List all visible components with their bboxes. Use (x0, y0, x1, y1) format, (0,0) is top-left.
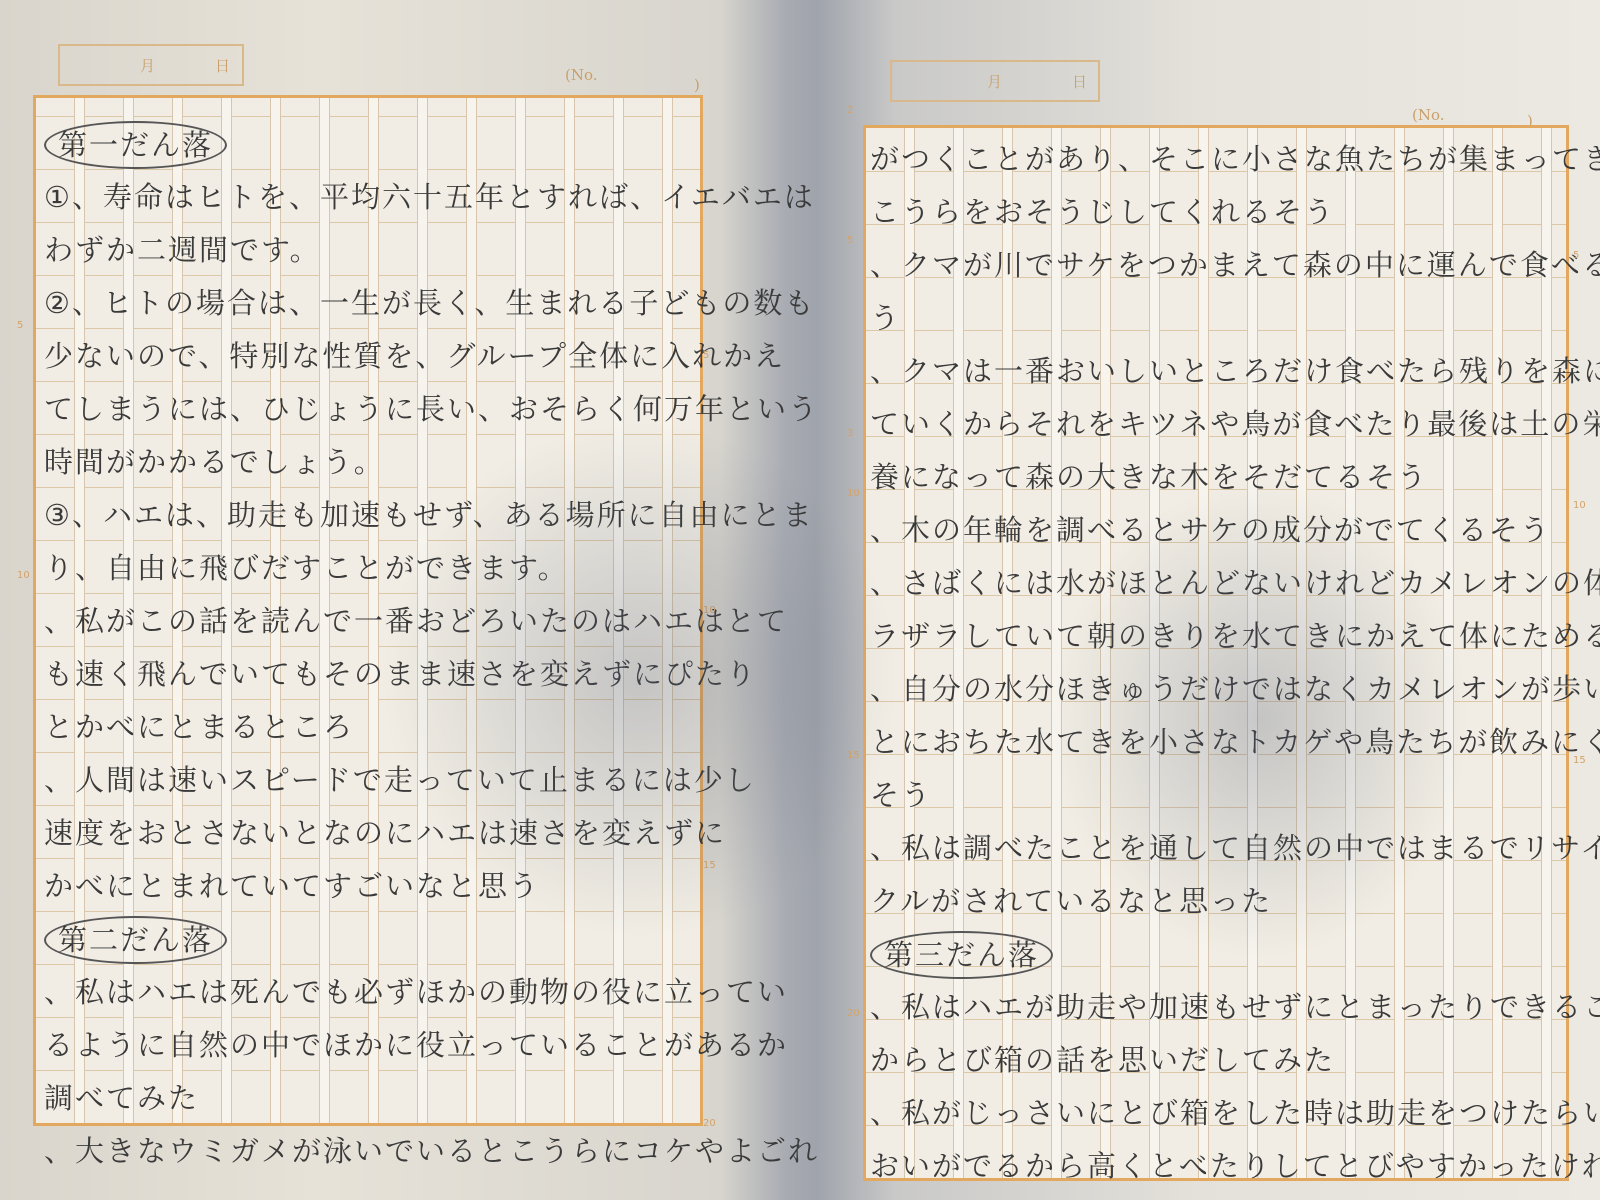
right-page: 月 日 (No. ) がつくことがあり、そこに小さな魚たちが集まってきてこうらを… (815, 0, 1600, 1200)
text-line: 、人間は速いスピードで走っていて止まるには少し (44, 754, 700, 807)
line-count-marker: 20 (703, 1118, 716, 1129)
date-box: 月 日 (58, 44, 244, 86)
line-count-marker: 3 (847, 428, 853, 439)
text-line: 、クマは一番おいしいところだけ食べたら残りを森においる (870, 345, 1566, 398)
line-text: 、木の年輪を調べるとサケの成分がでてくるそう (870, 513, 1551, 547)
line-text: 、さばくには水がほとんどないけれどカメレオンの体はザ (870, 566, 1600, 600)
line-text: クルがされているなと思った (870, 884, 1272, 918)
line-text: 調べてみた (44, 1081, 199, 1115)
text-line: るように自然の中でほかに役立っていることがあるか (44, 1019, 700, 1072)
text-line: う (870, 292, 1566, 345)
page-number-label: (No. (1412, 106, 1445, 124)
line-text: 養になって森の大きな木をそだてるそう (870, 460, 1428, 494)
text-line: 少ないので、特別な性質を、グループ全体に入れかえ (44, 330, 700, 383)
section-heading-row: 第一だん落 (44, 118, 700, 171)
line-text: 速度をおとさないとなのにハエは速さを変えずに (44, 816, 726, 850)
line-text: とかべにとまるところ (44, 710, 354, 744)
line-text: かべにとまれていてすごいなと思う (44, 869, 540, 903)
text-line: かべにとまれていてすごいなと思う (44, 860, 700, 913)
section-heading-row: 第三だん落 (870, 928, 1566, 981)
manuscript-grid: がつくことがあり、そこに小さな魚たちが集まってきてこうらをおそうじしてくれるそう… (863, 125, 1569, 1181)
text-line: わずか二週間です。 (44, 224, 700, 277)
text-line: こうらをおそうじしてくれるそう (870, 186, 1566, 239)
line-count-marker: 10 (703, 605, 716, 616)
line-text: 、私は調べたことを通して自然の中ではまるでリサイ (870, 831, 1600, 865)
line-text: 、大きなウミガメが泳いでいるとこうらにコケやよごれ (44, 1134, 819, 1168)
line-text: り、自由に飛びだすことができます。 (44, 551, 569, 585)
text-line: り、自由に飛びだすことができます。 (44, 542, 700, 595)
line-count-marker: 10 (1573, 500, 1586, 511)
text-line: 、木の年輪を調べるとサケの成分がでてくるそう (870, 504, 1566, 557)
text-line: 調べてみた (44, 1072, 700, 1125)
line-text: とにおちた水てきを小さなトカゲや鳥たちが飲みにくる (870, 725, 1600, 759)
line-text: ラザラしていて朝のきりを水てきにかえて体にためる (870, 619, 1600, 653)
line-text: わずか二週間です。 (44, 233, 321, 267)
text-line: とにおちた水てきを小さなトカゲや鳥たちが飲みにくる (870, 716, 1566, 769)
line-count-marker: 15 (703, 860, 716, 871)
section-heading: 第一だん落 (44, 121, 227, 169)
handwritten-text: がつくことがあり、そこに小さな魚たちが集まってきてこうらをおそうじしてくれるそう… (866, 128, 1566, 1193)
text-line: 、大きなウミガメが泳いでいるとこうらにコケやよごれ (44, 1125, 700, 1178)
text-line: 、私がこの話を読んで一番おどろいたのはハエはとて (44, 595, 700, 648)
text-line: ラザラしていて朝のきりを水てきにかえて体にためる (870, 610, 1566, 663)
text-line: おいがでるから高くとべたりしてとびやすかったけれど (870, 1140, 1566, 1193)
line-count-marker: 20 (847, 1008, 860, 1019)
page-number-label: (No. (565, 66, 598, 84)
line-text: 、自分の水分ほきゅうだけではなくカメレオンが歩いたあ (870, 672, 1600, 706)
month-label: 月 (140, 55, 155, 76)
text-line: がつくことがあり、そこに小さな魚たちが集まってきて (870, 133, 1566, 186)
text-line: とかべにとまるところ (44, 701, 700, 754)
line-text: ③、ハエは、助走も加速もせず、ある場所に自由にとま (44, 498, 814, 532)
line-text: 、人間は速いスピードで走っていて止まるには少し (44, 763, 756, 797)
line-text: ②、ヒトの場合は、一生が長く、生まれる子どもの数も (44, 286, 815, 320)
line-text: おいがでるから高くとべたりしてとびやすかったけれど (870, 1149, 1600, 1183)
line-count-marker: 5 (847, 235, 853, 246)
section-heading-row: 第二だん落 (44, 913, 700, 966)
line-count-marker: 2 (847, 105, 853, 116)
line-text: ていくからそれをキツネや鳥が食べたり最後は土の栄 (870, 407, 1600, 441)
line-text: 、クマは一番おいしいところだけ食べたら残りを森においる (870, 354, 1600, 388)
date-box: 月 日 (890, 60, 1100, 102)
text-line: 、私はハエが助走や加速もせずにとまったりできること (870, 981, 1566, 1034)
line-text: も速く飛んでいてもそのまま速さを変えずにぴたり (44, 657, 757, 691)
line-text: こうらをおそうじしてくれるそう (870, 195, 1335, 229)
text-line: 養になって森の大きな木をそだてるそう (870, 451, 1566, 504)
line-text: 、私はハエは死んでも必ずほかの動物の役に立ってい (44, 975, 788, 1009)
day-label: 日 (215, 55, 230, 76)
page-number-close: ) (694, 76, 700, 94)
line-count-marker: 10 (847, 488, 860, 499)
line-text: 、私はハエが助走や加速もせずにとまったりできること (870, 990, 1600, 1024)
text-line: ③、ハエは、助走も加速もせず、ある場所に自由にとま (44, 489, 700, 542)
line-text: からとび箱の話を思いだしてみた (870, 1043, 1335, 1077)
section-heading: 第三だん落 (870, 931, 1053, 979)
line-count-marker: 5 (703, 350, 709, 361)
text-line: も速く飛んでいてもそのまま速さを変えずにぴたり (44, 648, 700, 701)
text-line: てしまうには、ひじょうに長い、おそらく何万年という (44, 383, 700, 436)
text-line: 、自分の水分ほきゅうだけではなくカメレオンが歩いたあ (870, 663, 1566, 716)
month-label: 月 (987, 71, 1002, 92)
line-count-marker: 15 (847, 750, 860, 761)
line-text: がつくことがあり、そこに小さな魚たちが集まってきて (870, 142, 1600, 176)
line-text: てしまうには、ひじょうに長い、おそらく何万年という (44, 392, 819, 426)
line-text: 少ないので、特別な性質を、グループ全体に入れかえ (44, 339, 785, 373)
line-count-marker: 10 (17, 570, 30, 581)
handwritten-text: 第一だん落①、寿命はヒトを、平均六十五年とすれば、イエバエはわずか二週間です。②… (36, 98, 700, 1178)
line-text: ①、寿命はヒトを、平均六十五年とすれば、イエバエは (44, 180, 815, 214)
text-line: 、私はハエは死んでも必ずほかの動物の役に立ってい (44, 966, 700, 1019)
text-line: ①、寿命はヒトを、平均六十五年とすれば、イエバエは (44, 171, 700, 224)
line-count-marker: 5 (1573, 250, 1579, 261)
text-line: からとび箱の話を思いだしてみた (870, 1034, 1566, 1087)
text-line: 速度をおとさないとなのにハエは速さを変えずに (44, 807, 700, 860)
text-line: ていくからそれをキツネや鳥が食べたり最後は土の栄 (870, 398, 1566, 451)
line-text: 、クマが川でサケをつかまえて森の中に運んで食べるそ (870, 248, 1600, 282)
text-line: 、さばくには水がほとんどないけれどカメレオンの体はザ (870, 557, 1566, 610)
text-line: 、私は調べたことを通して自然の中ではまるでリサイ (870, 822, 1566, 875)
text-line: 時間がかかるでしょう。 (44, 436, 700, 489)
day-label: 日 (1072, 71, 1087, 92)
manuscript-grid: 第一だん落①、寿命はヒトを、平均六十五年とすれば、イエバエはわずか二週間です。②… (33, 95, 703, 1126)
line-text: 時間がかかるでしょう。 (44, 445, 385, 479)
line-text: 、私がじっさいにとび箱をした時は助走をつけたらいき (870, 1096, 1600, 1130)
text-line: 、私がじっさいにとび箱をした時は助走をつけたらいき (870, 1087, 1566, 1140)
text-line: そう (870, 769, 1566, 822)
line-count-marker: 15 (1573, 755, 1586, 766)
left-page: 月 日 (No. ) 第一だん落①、寿命はヒトを、平均六十五年とすれば、イエバエ… (0, 0, 790, 1200)
line-text: そう (870, 778, 932, 812)
text-line: ②、ヒトの場合は、一生が長く、生まれる子どもの数も (44, 277, 700, 330)
line-text: るように自然の中でほかに役立っていることがあるか (44, 1028, 788, 1062)
text-line: 、クマが川でサケをつかまえて森の中に運んで食べるそ (870, 239, 1566, 292)
section-heading: 第二だん落 (44, 916, 227, 964)
line-count-marker: 5 (17, 320, 23, 331)
line-text: 、私がこの話を読んで一番おどろいたのはハエはとて (44, 604, 788, 638)
text-line: クルがされているなと思った (870, 875, 1566, 928)
line-text: う (870, 301, 901, 335)
